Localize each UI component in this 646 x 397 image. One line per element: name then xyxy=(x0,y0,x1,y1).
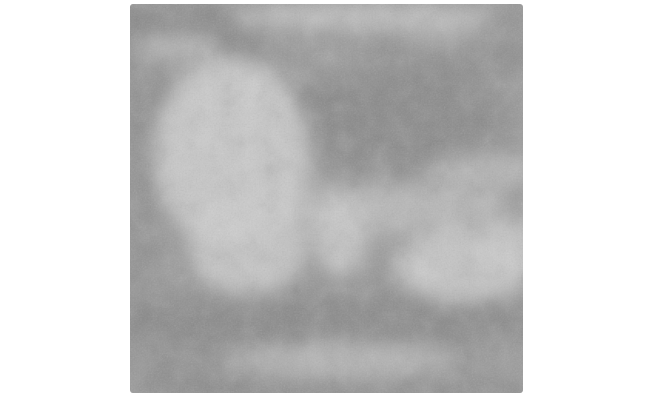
product-photo xyxy=(130,4,523,393)
fine-grain-layer xyxy=(130,4,523,393)
page-background xyxy=(0,0,646,397)
tile-texture-svg xyxy=(130,4,523,393)
